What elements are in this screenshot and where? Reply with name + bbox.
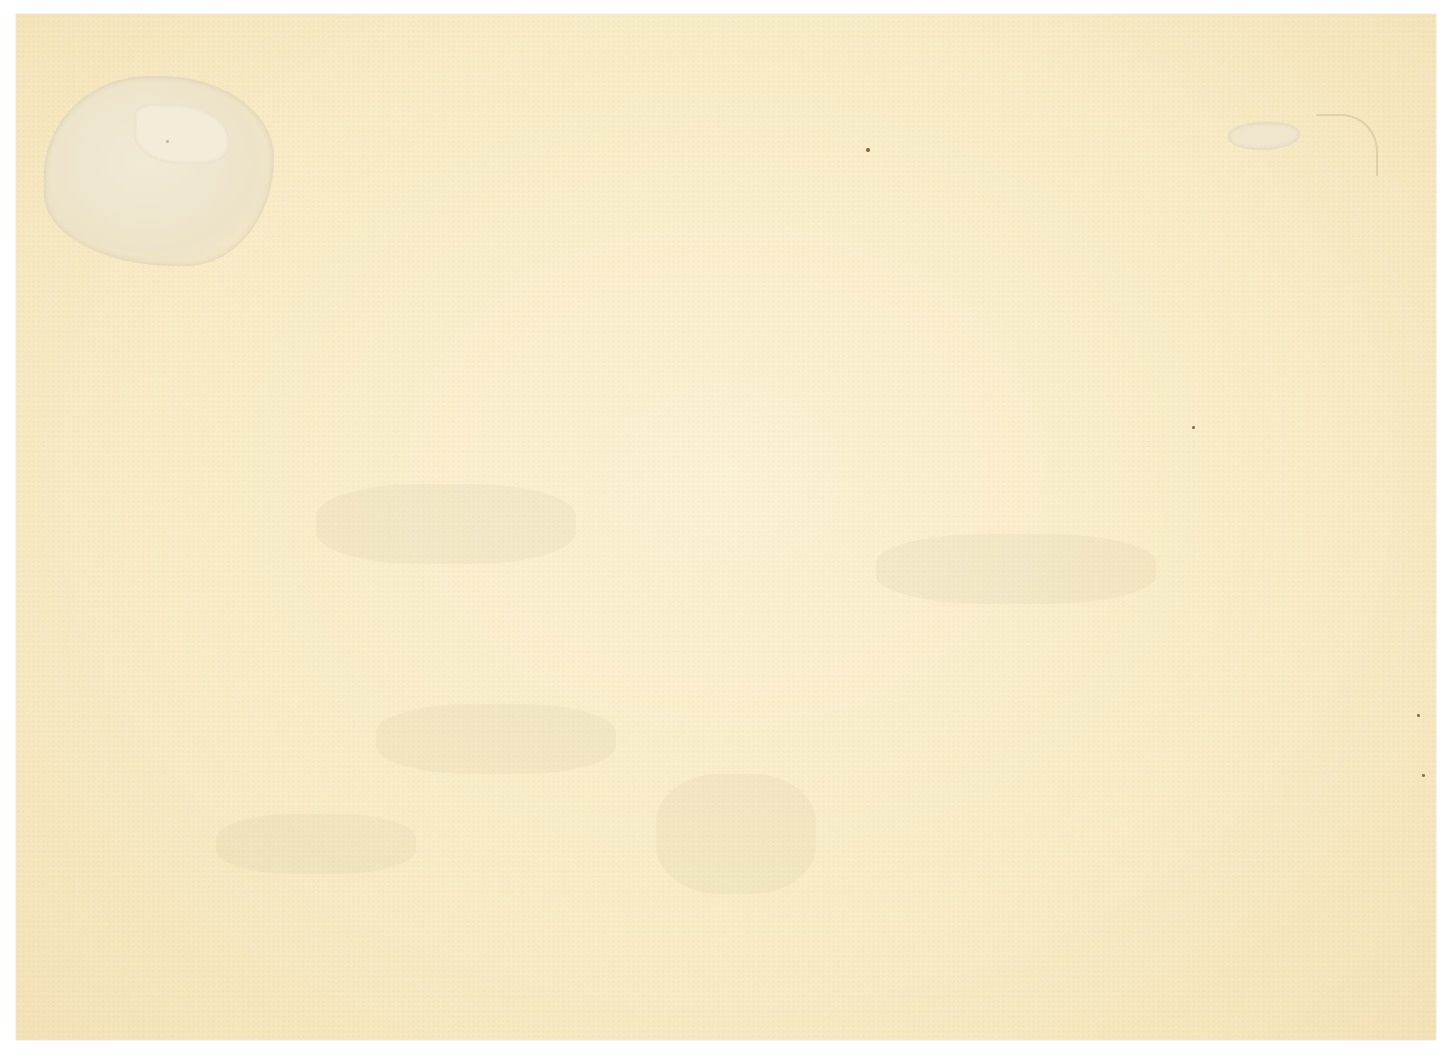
paper-speck bbox=[166, 140, 169, 143]
show-through-mark bbox=[316, 484, 576, 564]
paper-speck bbox=[1192, 426, 1195, 429]
paper-speck bbox=[1417, 714, 1420, 717]
show-through-mark bbox=[656, 774, 816, 894]
paper-speck bbox=[1422, 774, 1425, 777]
show-through-mark bbox=[876, 534, 1156, 604]
aged-paper-sheet bbox=[16, 14, 1436, 1040]
show-through-mark bbox=[216, 814, 416, 874]
show-through-mark bbox=[376, 704, 616, 774]
paper-speck bbox=[866, 148, 870, 152]
